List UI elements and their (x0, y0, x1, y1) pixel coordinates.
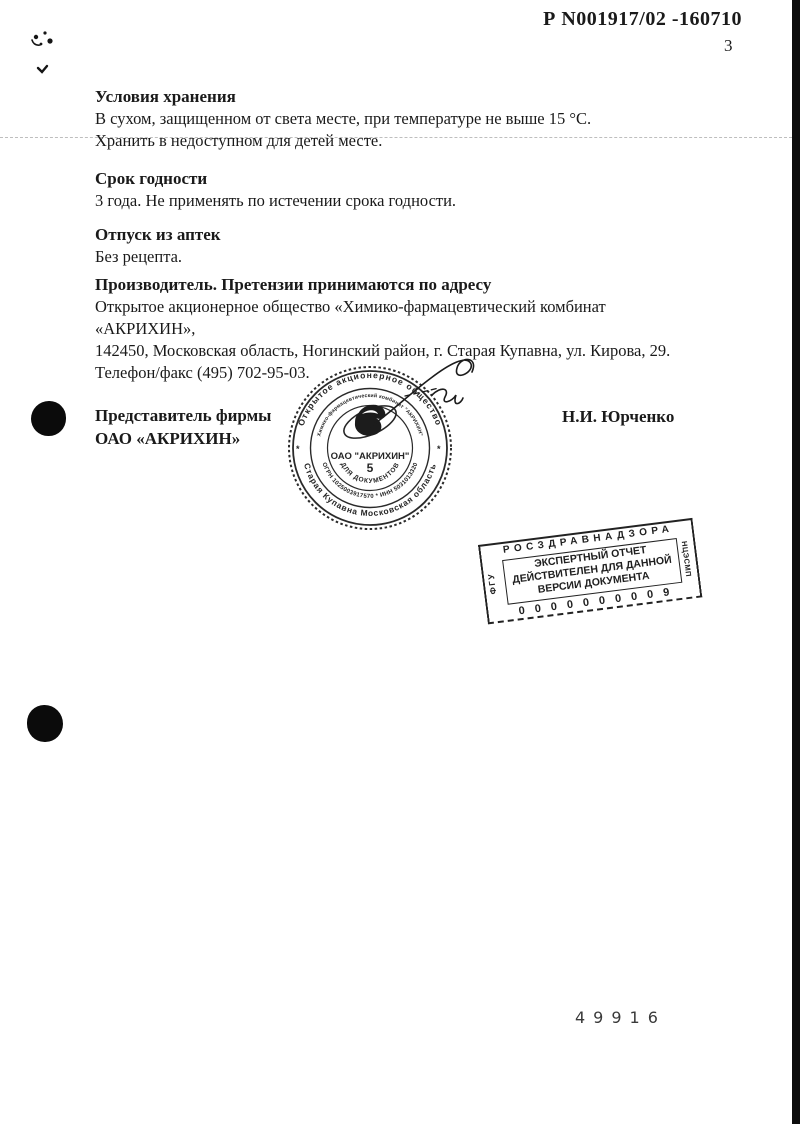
document-body: Условия хранения В сухом, защищенном от … (95, 86, 705, 384)
body-line: 3 года. Не применять по истечении срока … (95, 190, 705, 212)
section-pharmacy-dispensing: Отпуск из аптек Без рецепта. (95, 224, 705, 268)
archive-page-code: 49916 (575, 1008, 666, 1027)
section-heading: Срок годности (95, 168, 705, 190)
body-line: В сухом, защищенном от света месте, при … (95, 108, 705, 130)
body-line: Хранить в недоступном для детей месте. (95, 130, 705, 152)
stamp-left-label: ФГУ (486, 572, 499, 595)
section-heading: Условия хранения (95, 86, 705, 108)
stamp-right-label: НЦЭСМП (680, 540, 693, 577)
company-representative-label: Представитель фирмы ОАО «АКРИХИН» (95, 404, 271, 450)
scanned-document-page: Р N001917/02 -160710 3 Условия хранения … (0, 0, 800, 1124)
stamp-star-left: * (296, 444, 300, 454)
hole-punch-dot (27, 705, 63, 742)
section-heading: Производитель. Претензии принимаются по … (95, 274, 705, 296)
representative-line: Представитель фирмы (95, 404, 271, 427)
registration-number: Р N001917/02 -160710 (543, 8, 742, 31)
section-shelf-life: Срок годности 3 года. Не применять по ис… (95, 168, 705, 212)
stamp-number: 5 (367, 461, 374, 475)
body-line: Открытое акционерное общество «Химико-фа… (95, 296, 705, 340)
body-line: Без рецепта. (95, 246, 705, 268)
ink-smudge-marks (5, 20, 95, 90)
stamp-star-right: * (437, 444, 441, 454)
signatory-name: Н.И. Юрченко (562, 407, 674, 427)
page-number: 3 (724, 36, 733, 56)
roszdravnadzor-stamp: РОСЗДРАВНАДЗОРА ФГУ НЦЭСМП ЭКСПЕРТНЫЙ ОТ… (478, 518, 702, 624)
representative-line: ОАО «АКРИХИН» (95, 427, 271, 450)
scan-edge-artifact (792, 0, 800, 1124)
hole-punch-dot (31, 401, 66, 436)
handwritten-signature (353, 350, 503, 445)
section-heading: Отпуск из аптек (95, 224, 705, 246)
section-storage-conditions: Условия хранения В сухом, защищенном от … (95, 86, 705, 152)
